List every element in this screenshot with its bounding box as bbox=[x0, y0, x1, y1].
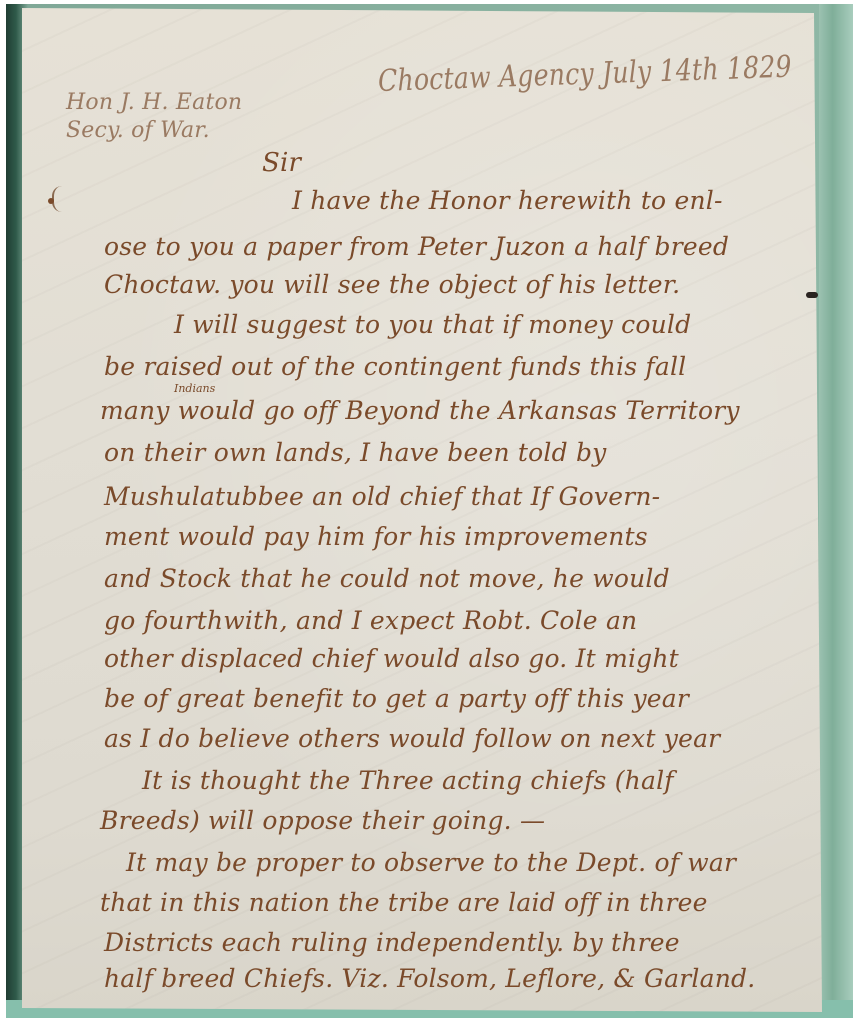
body-line-17: It may be proper to observe to the Dept.… bbox=[126, 848, 736, 877]
paper-clip bbox=[806, 292, 818, 298]
document-viewer: Choctaw Agency July 14th 1829 Hon J. H. … bbox=[0, 0, 853, 1024]
salutation: Sir bbox=[262, 148, 301, 178]
body-line-5: be raised out of the contingent funds th… bbox=[104, 352, 686, 381]
body-line-6: many would go off Beyond the Arkansas Te… bbox=[100, 396, 740, 425]
body-line-12: other displaced chief would also go. It … bbox=[104, 644, 679, 673]
body-line-3: Choctaw. you will see the object of his … bbox=[104, 270, 680, 299]
body-line-1: I have the Honor herewith to enl- bbox=[292, 186, 723, 215]
addressee-title: Secy. of War. bbox=[66, 118, 210, 143]
body-line-2: ose to you a paper from Peter Juzon a ha… bbox=[104, 232, 729, 261]
folder-edge bbox=[819, 4, 853, 1018]
body-line-14: as I do believe others would follow on n… bbox=[104, 724, 720, 753]
body-line-18: that in this nation the tribe are laid o… bbox=[100, 888, 708, 917]
body-line-9: ment would pay him for his improvements bbox=[104, 522, 648, 551]
body-line-16: Breeds) will oppose their going. — bbox=[100, 806, 545, 835]
body-line-13: be of great benefit to get a party off t… bbox=[104, 684, 689, 713]
letter-page: Choctaw Agency July 14th 1829 Hon J. H. … bbox=[22, 8, 822, 1012]
body-line-15: It is thought the Three acting chiefs (h… bbox=[142, 766, 674, 795]
body-line-19: Districts each ruling independently. by … bbox=[104, 928, 680, 957]
body-line-8: Mushulatubbee an old chief that If Gover… bbox=[104, 482, 660, 511]
heading-place-date: Choctaw Agency July 14th 1829 bbox=[377, 50, 792, 99]
body-line-20: half breed Chiefs. Viz. Folsom, Leflore,… bbox=[104, 964, 755, 993]
addressee-name: Hon J. H. Eaton bbox=[66, 90, 242, 115]
body-line-7: on their own lands, I have been told by bbox=[104, 438, 606, 467]
ink-blot bbox=[48, 198, 54, 204]
interlineation: Indians bbox=[174, 382, 215, 395]
body-line-4: I will suggest to you that if money coul… bbox=[174, 310, 691, 339]
body-line-10: and Stock that he could not move, he wou… bbox=[104, 564, 670, 593]
margin-mark bbox=[52, 186, 68, 212]
body-line-11: go fourthwith, and I expect Robt. Cole a… bbox=[104, 606, 637, 635]
